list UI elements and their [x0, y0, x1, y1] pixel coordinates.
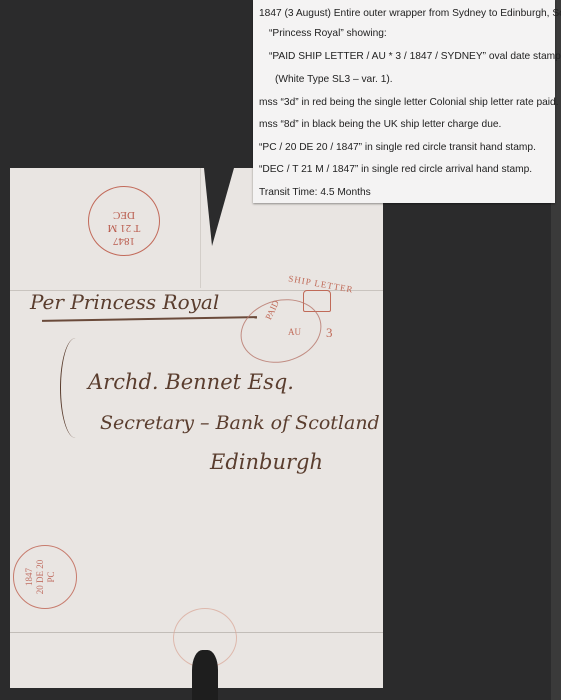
label-line: mss “8d” in black being the UK ship lett… [259, 119, 501, 131]
label-line: Transit Time: 4.5 Months [259, 187, 371, 199]
address-line-1: Archd. Bennet Esq. [88, 370, 294, 394]
arrival-year: 1847 [89, 234, 159, 247]
rate-mark-8d [60, 338, 91, 438]
arrival-postmark: 1847 T 21 M DEC [88, 186, 160, 256]
seal-tear [192, 650, 218, 700]
transit-date: 20 DE 20 [35, 546, 46, 608]
transit-postmark: 1847 20 DE 20 PC [13, 545, 77, 609]
address-line-3: Edinburgh [210, 450, 323, 474]
address-line-2: Secretary – Bank of Scotland [100, 412, 380, 434]
label-line: “PC / 20 DE 20 / 1847” in single red cir… [259, 142, 536, 154]
label-line: “Princess Royal” showing: [269, 28, 387, 40]
ship-stamp-day: 3 [326, 325, 333, 341]
label-line: mss “3d” in red being the single letter … [259, 97, 559, 109]
description-card: 1847 (3 August) Entire outer wrapper fro… [253, 0, 555, 203]
label-line: “PAID SHIP LETTER / AU * 3 / 1847 / SYDN… [269, 51, 561, 63]
arrival-date: T 21 M [89, 221, 159, 234]
label-line: 1847 (3 August) Entire outer wrapper fro… [259, 8, 561, 20]
transit-code: PC [46, 546, 57, 608]
transit-year: 1847 [24, 546, 35, 608]
wrapper-notch [204, 168, 234, 246]
ship-endorsement: Per Princess Royal [30, 290, 219, 314]
arrival-month: DEC [89, 208, 159, 221]
fold-line-vertical [200, 168, 201, 288]
label-line: (White Type SL3 – var. 1). [275, 74, 393, 86]
label-line: “DEC / T 21 M / 1847” in single red circ… [259, 164, 532, 176]
